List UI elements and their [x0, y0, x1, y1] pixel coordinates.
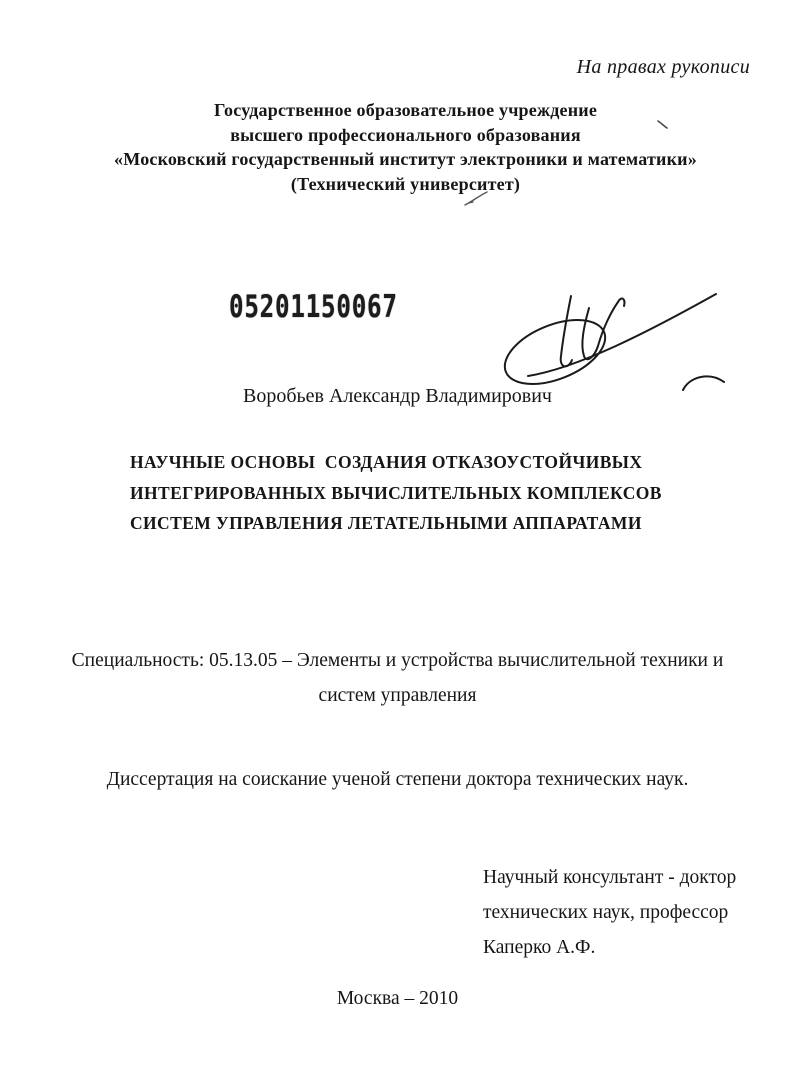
institution-line: «Московский государственный институт эле…: [40, 147, 771, 172]
title-line: ИНТЕГРИРОВАННЫХ ВЫЧИСЛИТЕЛЬНЫХ КОМПЛЕКСО…: [130, 478, 662, 509]
consultant-block: Научный консультант - доктор технических…: [483, 860, 736, 965]
dissertation-title: НАУЧНЫЕ ОСНОВЫ СОЗДАНИЯ ОТКАЗОУСТОЙЧИВЫХ…: [130, 447, 662, 539]
consultant-line: Каперко А.Ф.: [483, 930, 736, 965]
specialty-block: Специальность: 05.13.05 – Элементы и уст…: [45, 643, 750, 713]
consultant-line: технических наук, профессор: [483, 895, 736, 930]
signature-icon: [468, 276, 726, 403]
degree-statement: Диссертация на соискание ученой степени …: [0, 769, 795, 791]
title-line: НАУЧНЫЕ ОСНОВЫ СОЗДАНИЯ ОТКАЗОУСТОЙЧИВЫХ: [130, 447, 662, 478]
stray-pen-slash-icon: [463, 190, 489, 213]
author-name: Воробьев Александр Владимирович: [0, 385, 795, 408]
title-line: СИСТЕМ УПРАВЛЕНИЯ ЛЕТАТЕЛЬНЫМИ АППАРАТАМ…: [130, 508, 662, 539]
manuscript-rights-note: На правах рукописи: [577, 56, 750, 79]
specialty-line: систем управления: [45, 678, 750, 713]
dissertation-title-page: На правах рукописи Государственное образ…: [0, 0, 795, 1088]
consultant-line: Научный консультант - доктор: [483, 860, 736, 895]
institution-line: (Технический университет): [40, 172, 771, 197]
city-year-line: Москва – 2010: [0, 988, 795, 1010]
specialty-line: Специальность: 05.13.05 – Элементы и уст…: [45, 643, 750, 678]
stray-pen-tick-icon: [656, 118, 670, 136]
registration-number-stamp: 05201150067: [229, 289, 398, 325]
institution-block: Государственное образовательное учрежден…: [40, 98, 771, 196]
